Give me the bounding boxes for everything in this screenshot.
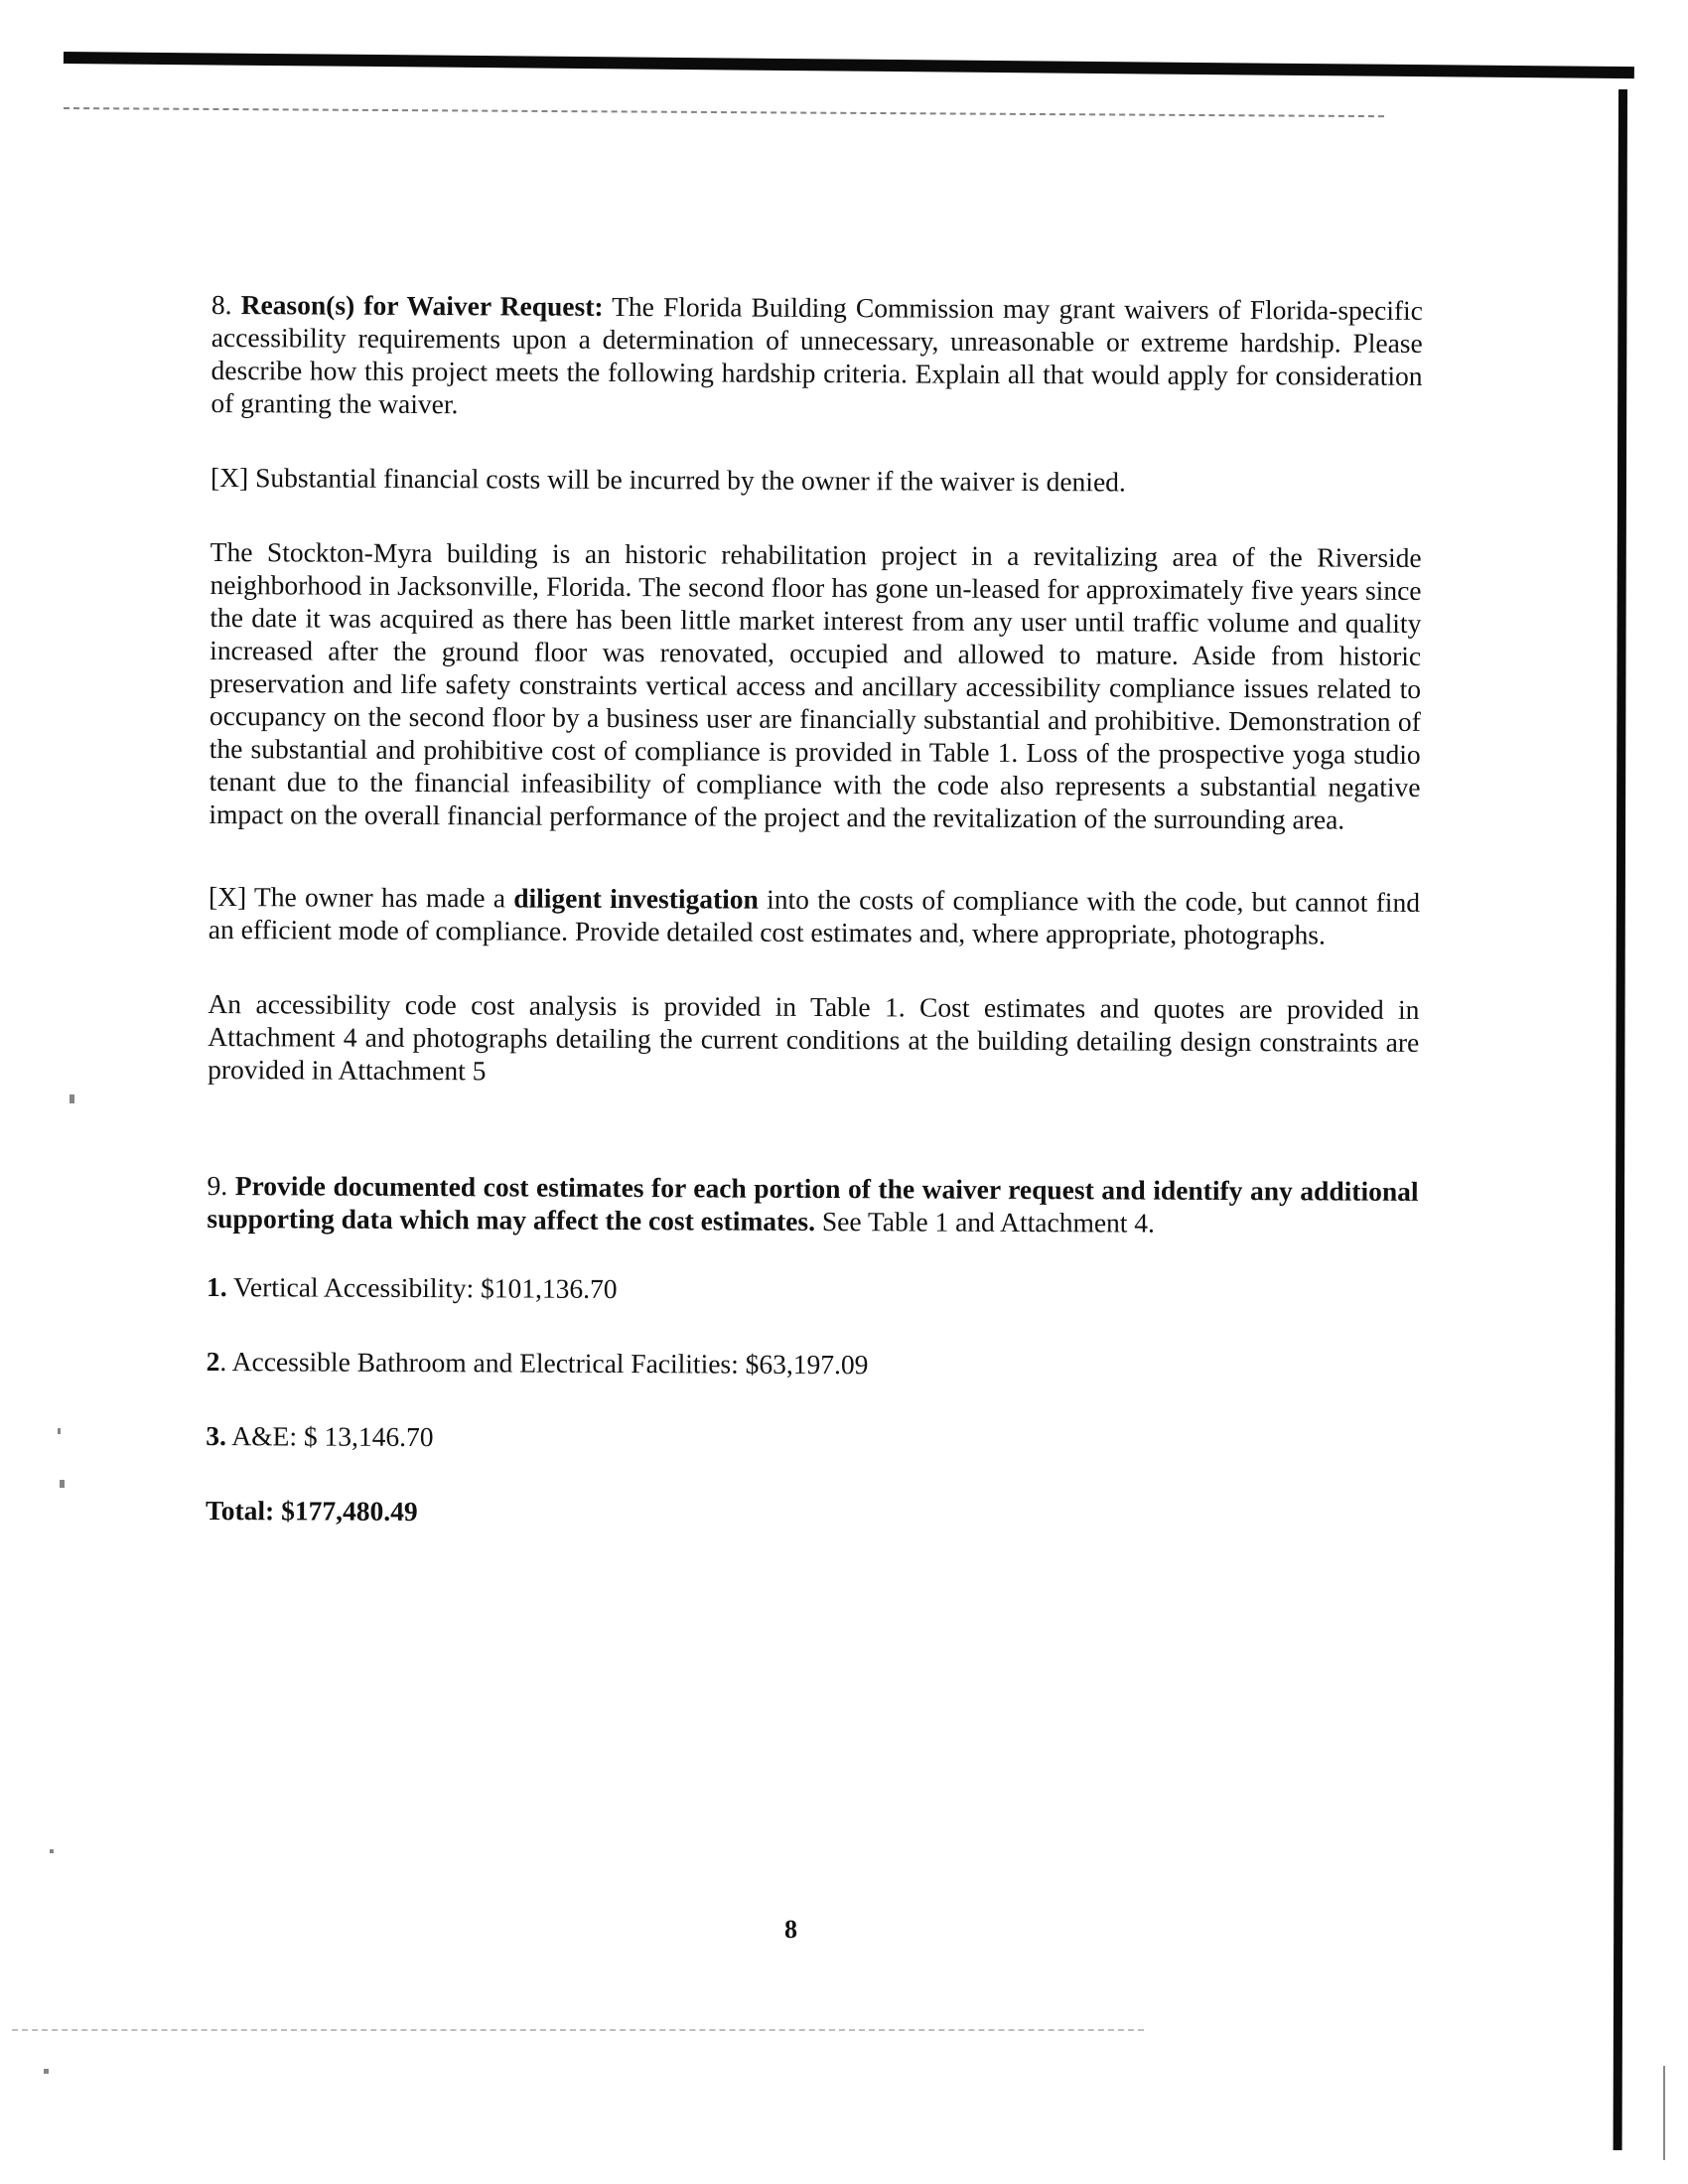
checkbox-marker: [X] [211,462,248,493]
scan-speck [60,1480,65,1488]
criterion-diligent-investigation-response: An accessibility code cost analysis is p… [208,987,1419,1092]
cost-item-label: Vertical Accessibility: [233,1271,474,1303]
document-body: 8. Reason(s) for Waiver Request: The Flo… [206,288,1423,1532]
criterion-diligent-investigation: [X] The owner has made a diligent invest… [209,880,1420,951]
header-rule [64,107,1384,117]
section-8-number: 8. [211,289,232,320]
cost-item-number: 3. [206,1420,226,1451]
cost-item-ae: 3. A&E: $ 13,146.70 [206,1419,1417,1458]
section-8-intro: 8. Reason(s) for Waiver Request: The Flo… [211,288,1423,425]
section-9-heading: Provide documented cost estimates for ea… [207,1170,1418,1237]
cost-total: Total: $177,480.49 [206,1494,1417,1532]
criterion-financial-costs: [X] Substantial financial costs will be … [211,461,1422,500]
cost-total-amount: $177,480.49 [281,1495,418,1527]
scan-speck [58,1428,61,1434]
criterion-text-bold: diligent investigation [513,882,759,914]
section-8-heading: Reason(s) for Waiver Request: [241,289,604,322]
cost-item-amount: $63,197.09 [746,1349,869,1381]
criterion-financial-costs-response: The Stockton-Myra building is an histori… [209,535,1421,836]
cost-item-amount: $ 13,146.70 [304,1420,434,1452]
criterion-text: Substantial financial costs will be incu… [255,462,1126,497]
scan-edge-line [1663,2066,1665,2160]
cost-total-label: Total: [206,1495,274,1526]
scan-speck [50,1849,54,1853]
cost-item-number: 1. [207,1271,227,1302]
cost-item-number: 2 [207,1346,220,1377]
scan-speck [70,1094,74,1103]
footer-rule [12,2029,1144,2031]
page-number: 8 [784,1915,797,1945]
criterion-text-before: The owner has made a [254,881,505,913]
cost-estimate-list: 1. Vertical Accessibility: $101,136.70 2… [206,1270,1418,1458]
cost-item-label: . Accessible Bathroom and Electrical Fac… [219,1346,738,1380]
cost-item-bathroom-electrical: 2. Accessible Bathroom and Electrical Fa… [207,1345,1418,1383]
cost-item-vertical-accessibility: 1. Vertical Accessibility: $101,136.70 [207,1270,1418,1309]
cost-item-amount: $101,136.70 [481,1272,618,1304]
scan-border-right [1614,89,1627,2150]
checkbox-marker: [X] [209,881,246,912]
scan-border-top [64,52,1634,78]
section-9-number: 9. [208,1170,228,1201]
section-9-trailing: See Table 1 and Attachment 4. [822,1206,1155,1238]
cost-item-label: A&E: [231,1420,297,1451]
section-9-intro: 9. Provide documented cost estimates for… [207,1169,1418,1240]
scan-speck [44,2069,49,2074]
